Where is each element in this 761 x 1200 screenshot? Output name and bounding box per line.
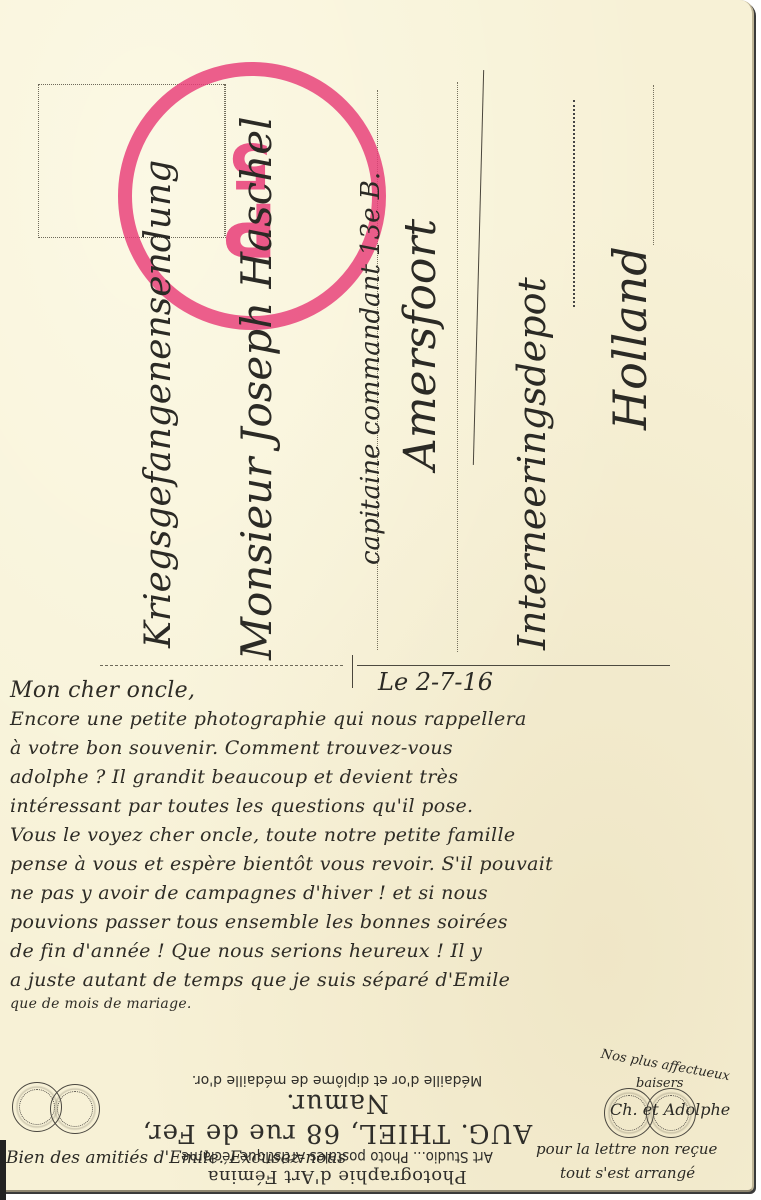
- address-line-2: Monsieur Joseph Haschel: [232, 116, 281, 660]
- letter-line: pense à vous et espère bientôt vous revo…: [10, 850, 750, 879]
- address-guide-line: [653, 85, 654, 245]
- letter-line: ne pas y avoir de campagnes d'hiver ! et…: [10, 879, 750, 908]
- photographer-imprint: Photographie d'Art Fémina Art Studio... …: [112, 1072, 562, 1187]
- postscript-right-1: pour la lettre non reçue: [536, 1140, 717, 1158]
- imprint-line-4: Médaille d'or et diplôme de médaille d'o…: [112, 1072, 562, 1088]
- address-line-6: Holland: [603, 246, 657, 430]
- letter-line: à votre bon souvenir. Comment trouvez-vo…: [10, 734, 750, 763]
- letter-line: Vous le voyez cher oncle, toute notre pe…: [10, 821, 750, 850]
- closing-line-2: baisers: [636, 1076, 683, 1091]
- message-separator-right: [357, 665, 670, 666]
- imprint-line-1: Photographie d'Art Fémina: [112, 1166, 562, 1187]
- postscript-right-2: tout s'est arrangé: [560, 1164, 695, 1182]
- address-line-5: Interneeringsdepot: [510, 277, 554, 650]
- letter-line: Mon cher oncle,: [10, 676, 750, 705]
- letter-line: intéressant par toutes les questions qu'…: [10, 792, 750, 821]
- medal-icon: [50, 1084, 100, 1134]
- imprint-line-3: AUG. THIEL, 68 rue de Fer, Namur.: [112, 1088, 562, 1148]
- message-separator-left: [100, 665, 343, 666]
- postcard: P 5 Kriegsgefangenensendung Monsieur Jos…: [0, 0, 754, 1192]
- address-line-1: Kriegsgefangenensendung: [138, 160, 179, 648]
- letter-line: de fin d'année ! Que nous serions heureu…: [10, 937, 750, 966]
- letter-line: que de mois de mariage.: [10, 995, 750, 1013]
- signature: Ch. et Adolphe: [610, 1100, 730, 1119]
- address-line-4: Amersfoort: [395, 219, 446, 470]
- letter-line: Encore une petite photographie qui nous …: [10, 705, 750, 734]
- letter-line: adolphe ? Il grandit beaucoup et devient…: [10, 763, 750, 792]
- postscript-left: Bien des amitiés d'Emile. Excusez-nous: [6, 1148, 346, 1168]
- address-line-3: capitaine commandant 13e B.: [356, 172, 386, 565]
- address-guide-line: [573, 100, 575, 307]
- underline-stroke: [473, 70, 484, 465]
- letter-line: a juste autant de temps que je suis sépa…: [10, 966, 750, 995]
- address-guide-line: [457, 82, 458, 652]
- scan-edge-shadow: [0, 1140, 6, 1200]
- letter-body: Mon cher oncle, Encore une petite photog…: [10, 676, 750, 1013]
- letter-line: pouvions passer tous ensemble les bonnes…: [10, 908, 750, 937]
